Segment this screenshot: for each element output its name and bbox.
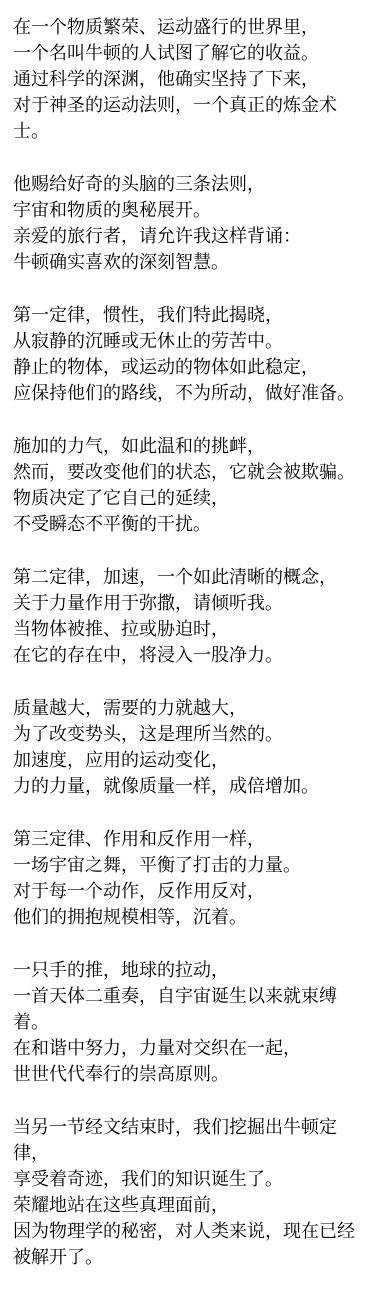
poem-line: 他赐给好奇的头脑的三条法则， <box>13 171 366 197</box>
poem-line: 世世代代奉行的崇高原则。 <box>13 1061 366 1087</box>
poem-line: 当物体被推、拉或胁迫时， <box>13 616 366 642</box>
poem-line: 不受瞬态不平衡的干扰。 <box>13 511 366 537</box>
poem-line: 在它的存在中，将浸入一股净力。 <box>13 642 366 668</box>
poem-stanza: 施加的力气，如此温和的挑衅，然而，要改变他们的状态，它就会被欺骗。物质决定了它自… <box>13 433 366 537</box>
poem-line: 力的力量，就像质量一样，成倍增加。 <box>13 773 366 799</box>
poem-stanza: 第三定律、作用和反作用一样，一场宇宙之舞，平衡了打击的力量。对于每一个动作，反作… <box>13 826 366 930</box>
poem-stanza: 第一定律，惯性，我们特此揭晓，从寂静的沉睡或无休止的劳苦中。静止的物体，或运动的… <box>13 302 366 406</box>
poem-line: 当另一节经文结束时，我们挖掘出牛顿定 <box>13 1114 366 1140</box>
poem-line: 应保持他们的路线，不为所动，做好准备。 <box>13 380 366 406</box>
poem-stanza: 在一个物质繁荣、运动盛行的世界里，一个名叫牛顿的人试图了解它的收益。通过科学的深… <box>13 14 366 144</box>
poem-line: 第二定律，加速，一个如此清晰的概念， <box>13 564 366 590</box>
poem-line: 荣耀地站在这些真理面前， <box>13 1192 366 1218</box>
poem-line: 享受着奇迹，我们的知识诞生了。 <box>13 1166 366 1192</box>
poem-line: 物质决定了它自己的延续， <box>13 485 366 511</box>
poem-line: 他们的拥抱规模相等，沉着。 <box>13 904 366 930</box>
poem-line: 第三定律、作用和反作用一样， <box>13 826 366 852</box>
poem-stanza: 第二定律，加速，一个如此清晰的概念，关于力量作用于弥撒，请倾听我。当物体被推、拉… <box>13 564 366 668</box>
poem-line: 为了改变势头，这是理所当然的。 <box>13 721 366 747</box>
poem-line: 从寂静的沉睡或无休止的劳苦中。 <box>13 328 366 354</box>
poem-stanza: 一只手的推，地球的拉动，一首天体二重奏，自宇宙诞生以来就束缚着。在和谐中努力，力… <box>13 957 366 1087</box>
poem-line: 在和谐中努力，力量对交织在一起， <box>13 1035 366 1061</box>
poem-stanza: 他赐给好奇的头脑的三条法则，宇宙和物质的奥秘展开。亲爱的旅行者，请允许我这样背诵… <box>13 171 366 275</box>
poem-line: 着。 <box>13 1009 366 1035</box>
poem-line: 对于神圣的运动法则，一个真正的炼金术 <box>13 92 366 118</box>
poem-line: 质量越大，需要的力就越大， <box>13 695 366 721</box>
poem-line: 关于力量作用于弥撒，请倾听我。 <box>13 590 366 616</box>
poem-stanza: 质量越大，需要的力就越大，为了改变势头，这是理所当然的。加速度，应用的运动变化，… <box>13 695 366 799</box>
poem-line: 第一定律，惯性，我们特此揭晓， <box>13 302 366 328</box>
poem-line: 静止的物体，或运动的物体如此稳定， <box>13 354 366 380</box>
poem-line: 一首天体二重奏，自宇宙诞生以来就束缚 <box>13 983 366 1009</box>
poem-line: 律， <box>13 1140 366 1166</box>
poem-line: 通过科学的深渊，他确实坚持了下来， <box>13 66 366 92</box>
poem-line: 一只手的推，地球的拉动， <box>13 957 366 983</box>
poem-line: 加速度，应用的运动变化， <box>13 747 366 773</box>
poem-line: 因为物理学的秘密，对人类来说，现在已经 <box>13 1218 366 1244</box>
poem-line: 在一个物质繁荣、运动盛行的世界里， <box>13 14 366 40</box>
poem-line: 一场宇宙之舞，平衡了打击的力量。 <box>13 852 366 878</box>
poem-line: 宇宙和物质的奥秘展开。 <box>13 197 366 223</box>
poem-document: 在一个物质繁荣、运动盛行的世界里，一个名叫牛顿的人试图了解它的收益。通过科学的深… <box>0 0 376 1270</box>
poem-line: 牛顿确实喜欢的深刻智慧。 <box>13 249 366 275</box>
poem-stanzas: 在一个物质繁荣、运动盛行的世界里，一个名叫牛顿的人试图了解它的收益。通过科学的深… <box>13 14 366 1270</box>
poem-line: 士。 <box>13 118 366 144</box>
poem-line: 对于每一个动作，反作用反对， <box>13 878 366 904</box>
poem-line: 施加的力气，如此温和的挑衅， <box>13 433 366 459</box>
poem-stanza: 当另一节经文结束时，我们挖掘出牛顿定律，享受着奇迹，我们的知识诞生了。荣耀地站在… <box>13 1114 366 1270</box>
poem-line: 一个名叫牛顿的人试图了解它的收益。 <box>13 40 366 66</box>
poem-line: 被解开了。 <box>13 1244 366 1270</box>
poem-line: 亲爱的旅行者，请允许我这样背诵： <box>13 223 366 249</box>
poem-line: 然而，要改变他们的状态，它就会被欺骗。 <box>13 459 366 485</box>
